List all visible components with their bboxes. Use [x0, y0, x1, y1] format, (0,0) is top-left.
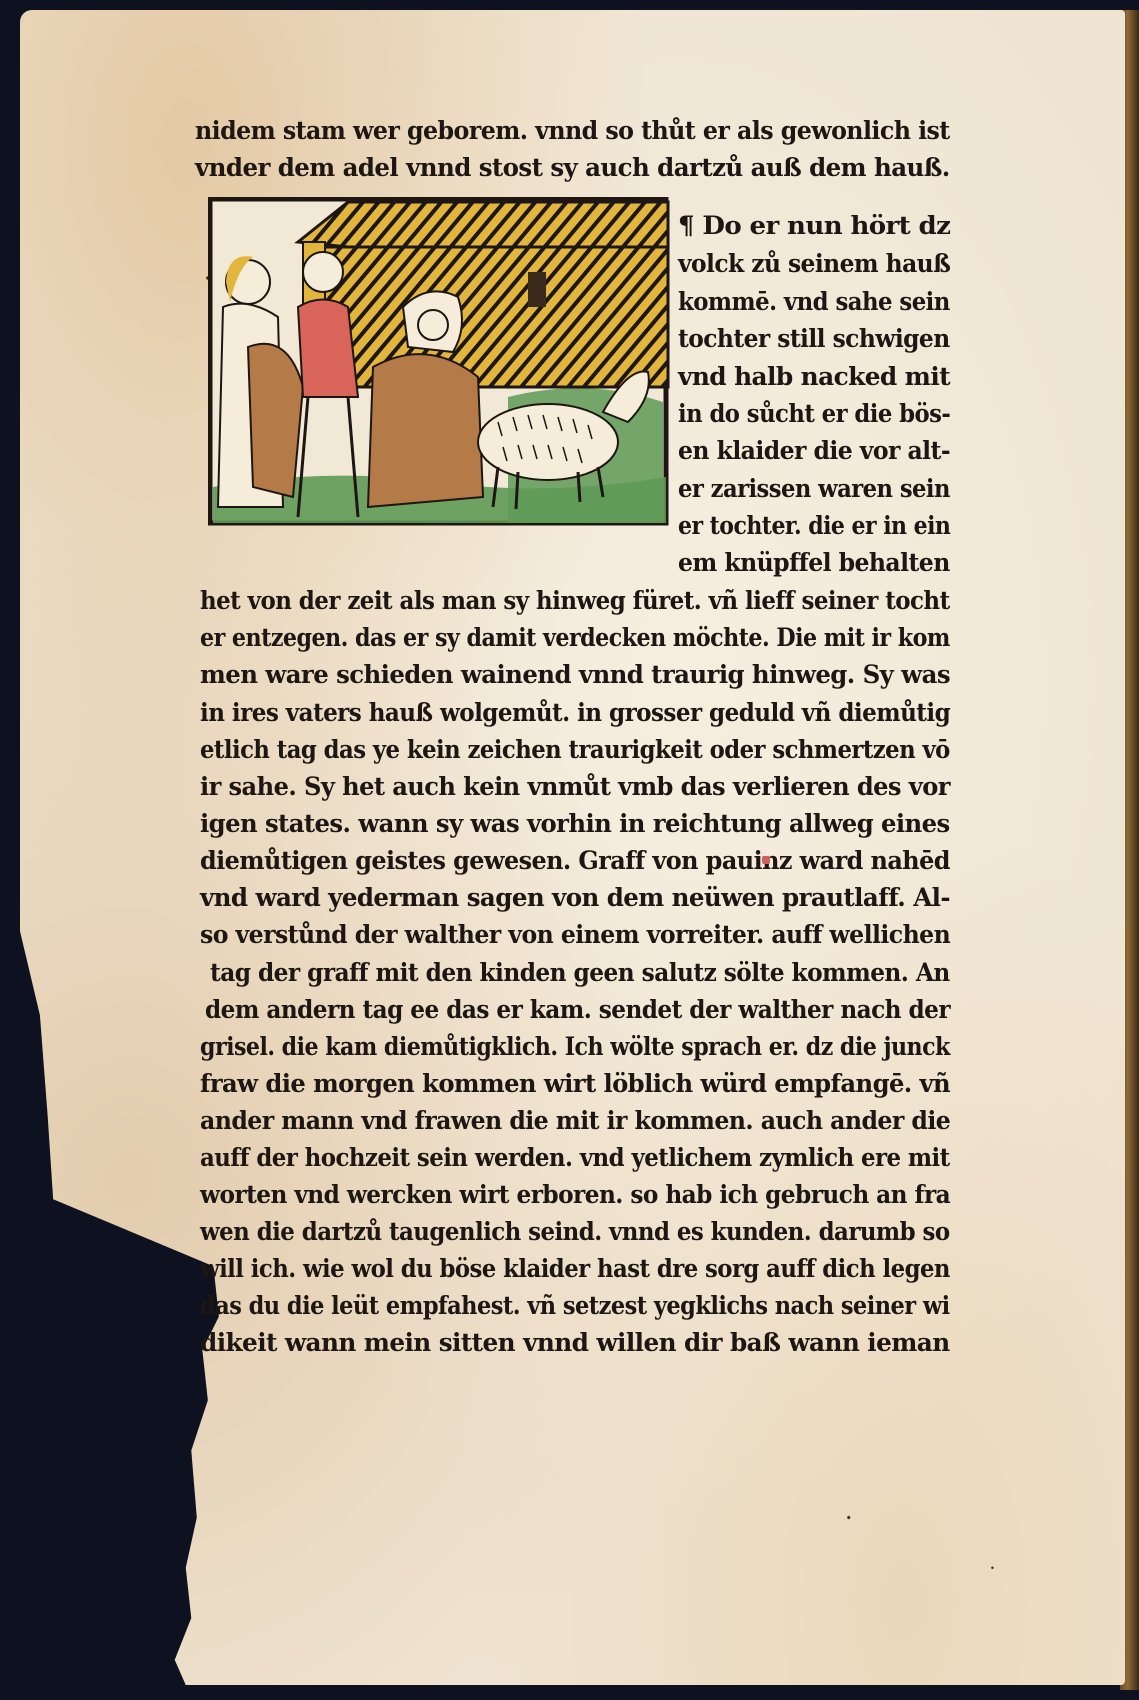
text-line-body-1: het von der zeit als man sy hinweg füret… — [200, 588, 950, 613]
red-ink-mark — [762, 856, 770, 864]
text-line-body-3: men ware schieden wainend vnnd traurig h… — [200, 662, 950, 687]
text-line-body-8: diemůtigen geistes gewesen. Graff von pa… — [200, 848, 950, 873]
text-line-side-8: er zarissen waren sein — [678, 476, 950, 501]
text-line-body-4: in ires vaters hauß wolgemůt. in grosser… — [200, 700, 950, 725]
text-line-body-12: dem andern tag ee das er kam. sendet der… — [205, 997, 950, 1022]
text-line-body-5: etlich tag das ye kein zeichen traurigke… — [200, 737, 950, 762]
text-line-body-18: wen die dartzů taugenlich seind. vnnd es… — [200, 1219, 950, 1244]
text-line-body-9: vnd ward yederman sagen von dem neüwen p… — [200, 885, 950, 910]
text-line-body-14: fraw die morgen kommen wirt löblich würd… — [200, 1071, 950, 1096]
text-line-body-21: dikeit wann mein sitten vnnd willen dir … — [200, 1330, 950, 1355]
text-line-side-6: in do sůcht er die bös- — [678, 401, 950, 426]
text-line-side-9: er tochter. die er in ein — [678, 513, 950, 538]
text-line-side-3: kommē. vnd sahe sein — [678, 289, 950, 314]
text-line-top-1: nidem stam wer geborem. vnnd so thůt er … — [195, 118, 950, 143]
text-line-body-10: so verstůnd der walther von einem vorrei… — [200, 922, 950, 947]
text-line-side-10: em knüpffel behalten — [678, 550, 950, 575]
text-line-body-13: grisel. die kam diemůtigklich. Ich wölte… — [200, 1034, 950, 1059]
text-line-side-5: vnd halb nacked mit — [678, 364, 950, 389]
text-line-side-7: en klaider die vor alt- — [678, 438, 950, 463]
text-line-body-19: will ich. wie wol du böse klaider hast d… — [200, 1256, 950, 1281]
woodcut-illustration — [208, 197, 670, 527]
text-line-body-11: tag der graff mit den kinden geen salutz… — [210, 960, 950, 985]
text-line-body-7: igen states. wann sy was vorhin in reich… — [200, 811, 950, 836]
text-line-body-15: ander mann vnd frawen die mit ir kommen.… — [200, 1108, 950, 1133]
text-line-body-16: auff der hochzeit sein werden. vnd yetli… — [200, 1145, 950, 1170]
text-line-side-4: tochter still schwigen — [678, 326, 950, 351]
text-line-body-6: ir sahe. Sy het auch kein vnmůt vmb das … — [200, 774, 950, 799]
text-line-top-2: vnder dem adel vnnd stost sy auch dartzů… — [195, 155, 950, 180]
text-line-side-1: ¶ Do er nun hört dz — [678, 213, 950, 238]
woodcut-image-icon — [208, 197, 670, 527]
text-line-body-20: das du die leüt empfahest. vñ setzest ye… — [200, 1293, 950, 1318]
text-line-side-2: volck zů seinem hauß — [678, 251, 950, 276]
text-line-body-2: er entzegen. das er sy damit verdecken m… — [200, 625, 950, 650]
text-line-body-17: worten vnd wercken wirt erboren. so hab … — [200, 1182, 950, 1207]
